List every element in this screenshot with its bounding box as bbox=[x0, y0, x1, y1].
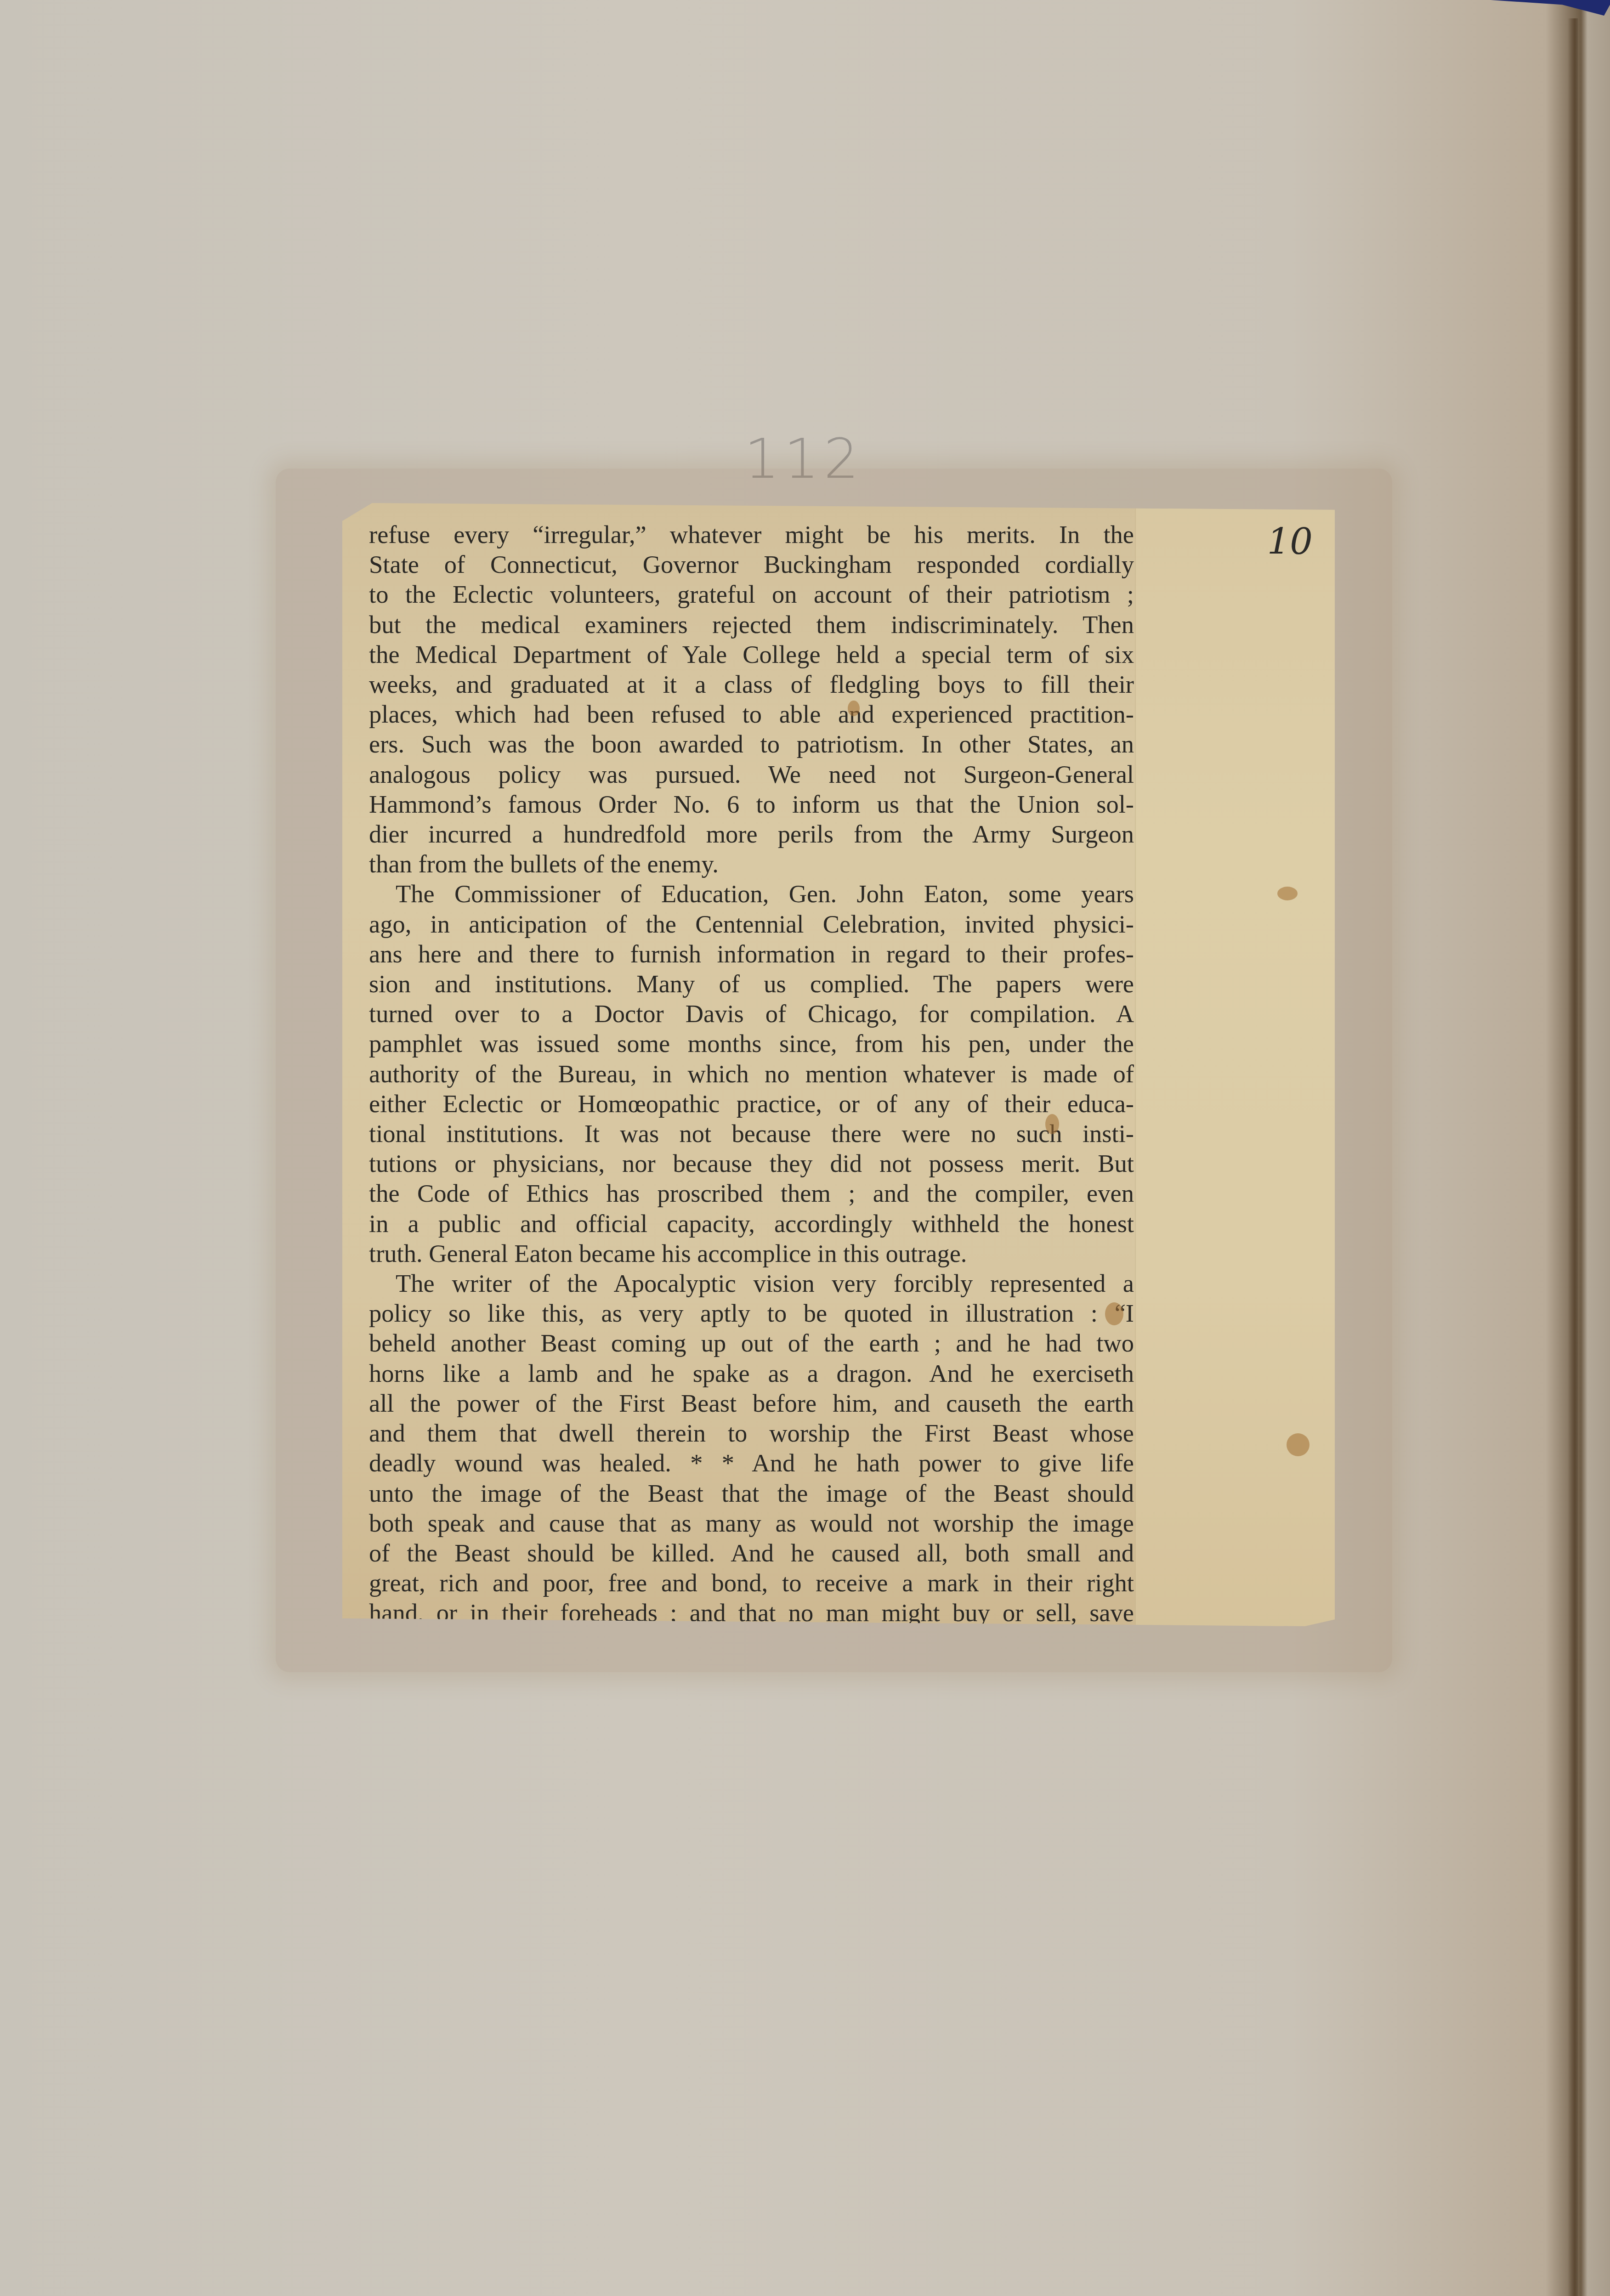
text-line: truth. General Eaton became his accompli… bbox=[369, 1238, 1134, 1268]
clipping-text-column: refuse every “irregular,” whatever might… bbox=[369, 520, 1134, 1628]
text-line: great, rich and poor, free and bond, to … bbox=[369, 1568, 1134, 1598]
text-line: The writer of the Apocalyptic vision ver… bbox=[369, 1268, 1134, 1298]
text-line: tional institutions. It was not because … bbox=[369, 1119, 1134, 1148]
text-line: analogous policy was pursued. We need no… bbox=[369, 759, 1134, 789]
text-line: all the power of the First Beast before … bbox=[369, 1388, 1134, 1418]
text-line: deadly wound was healed. * * And he hath… bbox=[369, 1448, 1134, 1478]
text-line: sion and institutions. Many of us compli… bbox=[369, 969, 1134, 999]
clipping-paragraph: The Commissioner of Education, Gen. John… bbox=[369, 879, 1134, 1268]
text-line: beheld another Beast coming up out of th… bbox=[369, 1328, 1134, 1358]
text-line: dier incurred a hundredfold more perils … bbox=[369, 819, 1134, 849]
text-line: either Eclectic or Homœopathic practice,… bbox=[369, 1089, 1134, 1119]
text-line: the Medical Department of Yale College h… bbox=[369, 639, 1134, 669]
foxing-spot bbox=[1045, 1114, 1059, 1134]
foxing-spot bbox=[1277, 887, 1298, 900]
foxing-spot bbox=[848, 701, 860, 716]
text-line: weeks, and graduated at it a class of fl… bbox=[369, 669, 1134, 699]
text-line: The Commissioner of Education, Gen. John… bbox=[369, 879, 1134, 909]
text-line: ans here and there to furnish informatio… bbox=[369, 939, 1134, 969]
text-line: than from the bullets of the enemy. bbox=[369, 849, 1134, 879]
text-line: pamphlet was issued some months since, f… bbox=[369, 1029, 1134, 1058]
text-line: places, which had been refused to able a… bbox=[369, 699, 1134, 729]
text-line: of the Beast should be killed. And he ca… bbox=[369, 1538, 1134, 1568]
text-line: unto the image of the Beast that the ima… bbox=[369, 1478, 1134, 1508]
newspaper-clipping: 10 refuse every “irregular,” whatever mi… bbox=[342, 503, 1335, 1626]
clipping-paragraph: The writer of the Apocalyptic vision ver… bbox=[369, 1268, 1134, 1628]
book-cover-edge bbox=[1491, 0, 1610, 16]
text-line: and them that dwell therein to worship t… bbox=[369, 1418, 1134, 1448]
text-line: State of Connecticut, Governor Buckingha… bbox=[369, 549, 1134, 579]
text-line: tutions or physicians, nor because they … bbox=[369, 1148, 1134, 1178]
clipping-paragraph: refuse every “irregular,” whatever might… bbox=[369, 520, 1134, 879]
text-line: authority of the Bureau, in which no men… bbox=[369, 1059, 1134, 1089]
text-line: Hammond’s famous Order No. 6 to inform u… bbox=[369, 789, 1134, 819]
text-line: the Code of Ethics has proscribed them ;… bbox=[369, 1178, 1134, 1208]
handwritten-clipping-number: 10 bbox=[1267, 521, 1313, 563]
text-line: to the Eclectic volunteers, grateful on … bbox=[369, 579, 1134, 609]
text-line: ers. Such was the boon awarded to patrio… bbox=[369, 729, 1134, 759]
foxing-spot bbox=[1287, 1433, 1310, 1456]
text-line: but the medical examiners rejected them … bbox=[369, 610, 1134, 639]
text-line: policy so like this, as very aptly to be… bbox=[369, 1298, 1134, 1328]
foxing-spot bbox=[1105, 1302, 1123, 1325]
text-line: horns like a lamb and he spake as a drag… bbox=[369, 1358, 1134, 1388]
text-line: in a public and official capacity, accor… bbox=[369, 1209, 1134, 1238]
book-gutter-shadow bbox=[1568, 18, 1578, 2296]
text-line: ago, in anticipation of the Centennial C… bbox=[369, 909, 1134, 939]
text-line: both speak and cause that as many as wou… bbox=[369, 1508, 1134, 1538]
clipping-margin bbox=[1135, 503, 1336, 1626]
text-line: refuse every “irregular,” whatever might… bbox=[369, 520, 1134, 549]
text-line: turned over to a Doctor Davis of Chicago… bbox=[369, 999, 1134, 1029]
